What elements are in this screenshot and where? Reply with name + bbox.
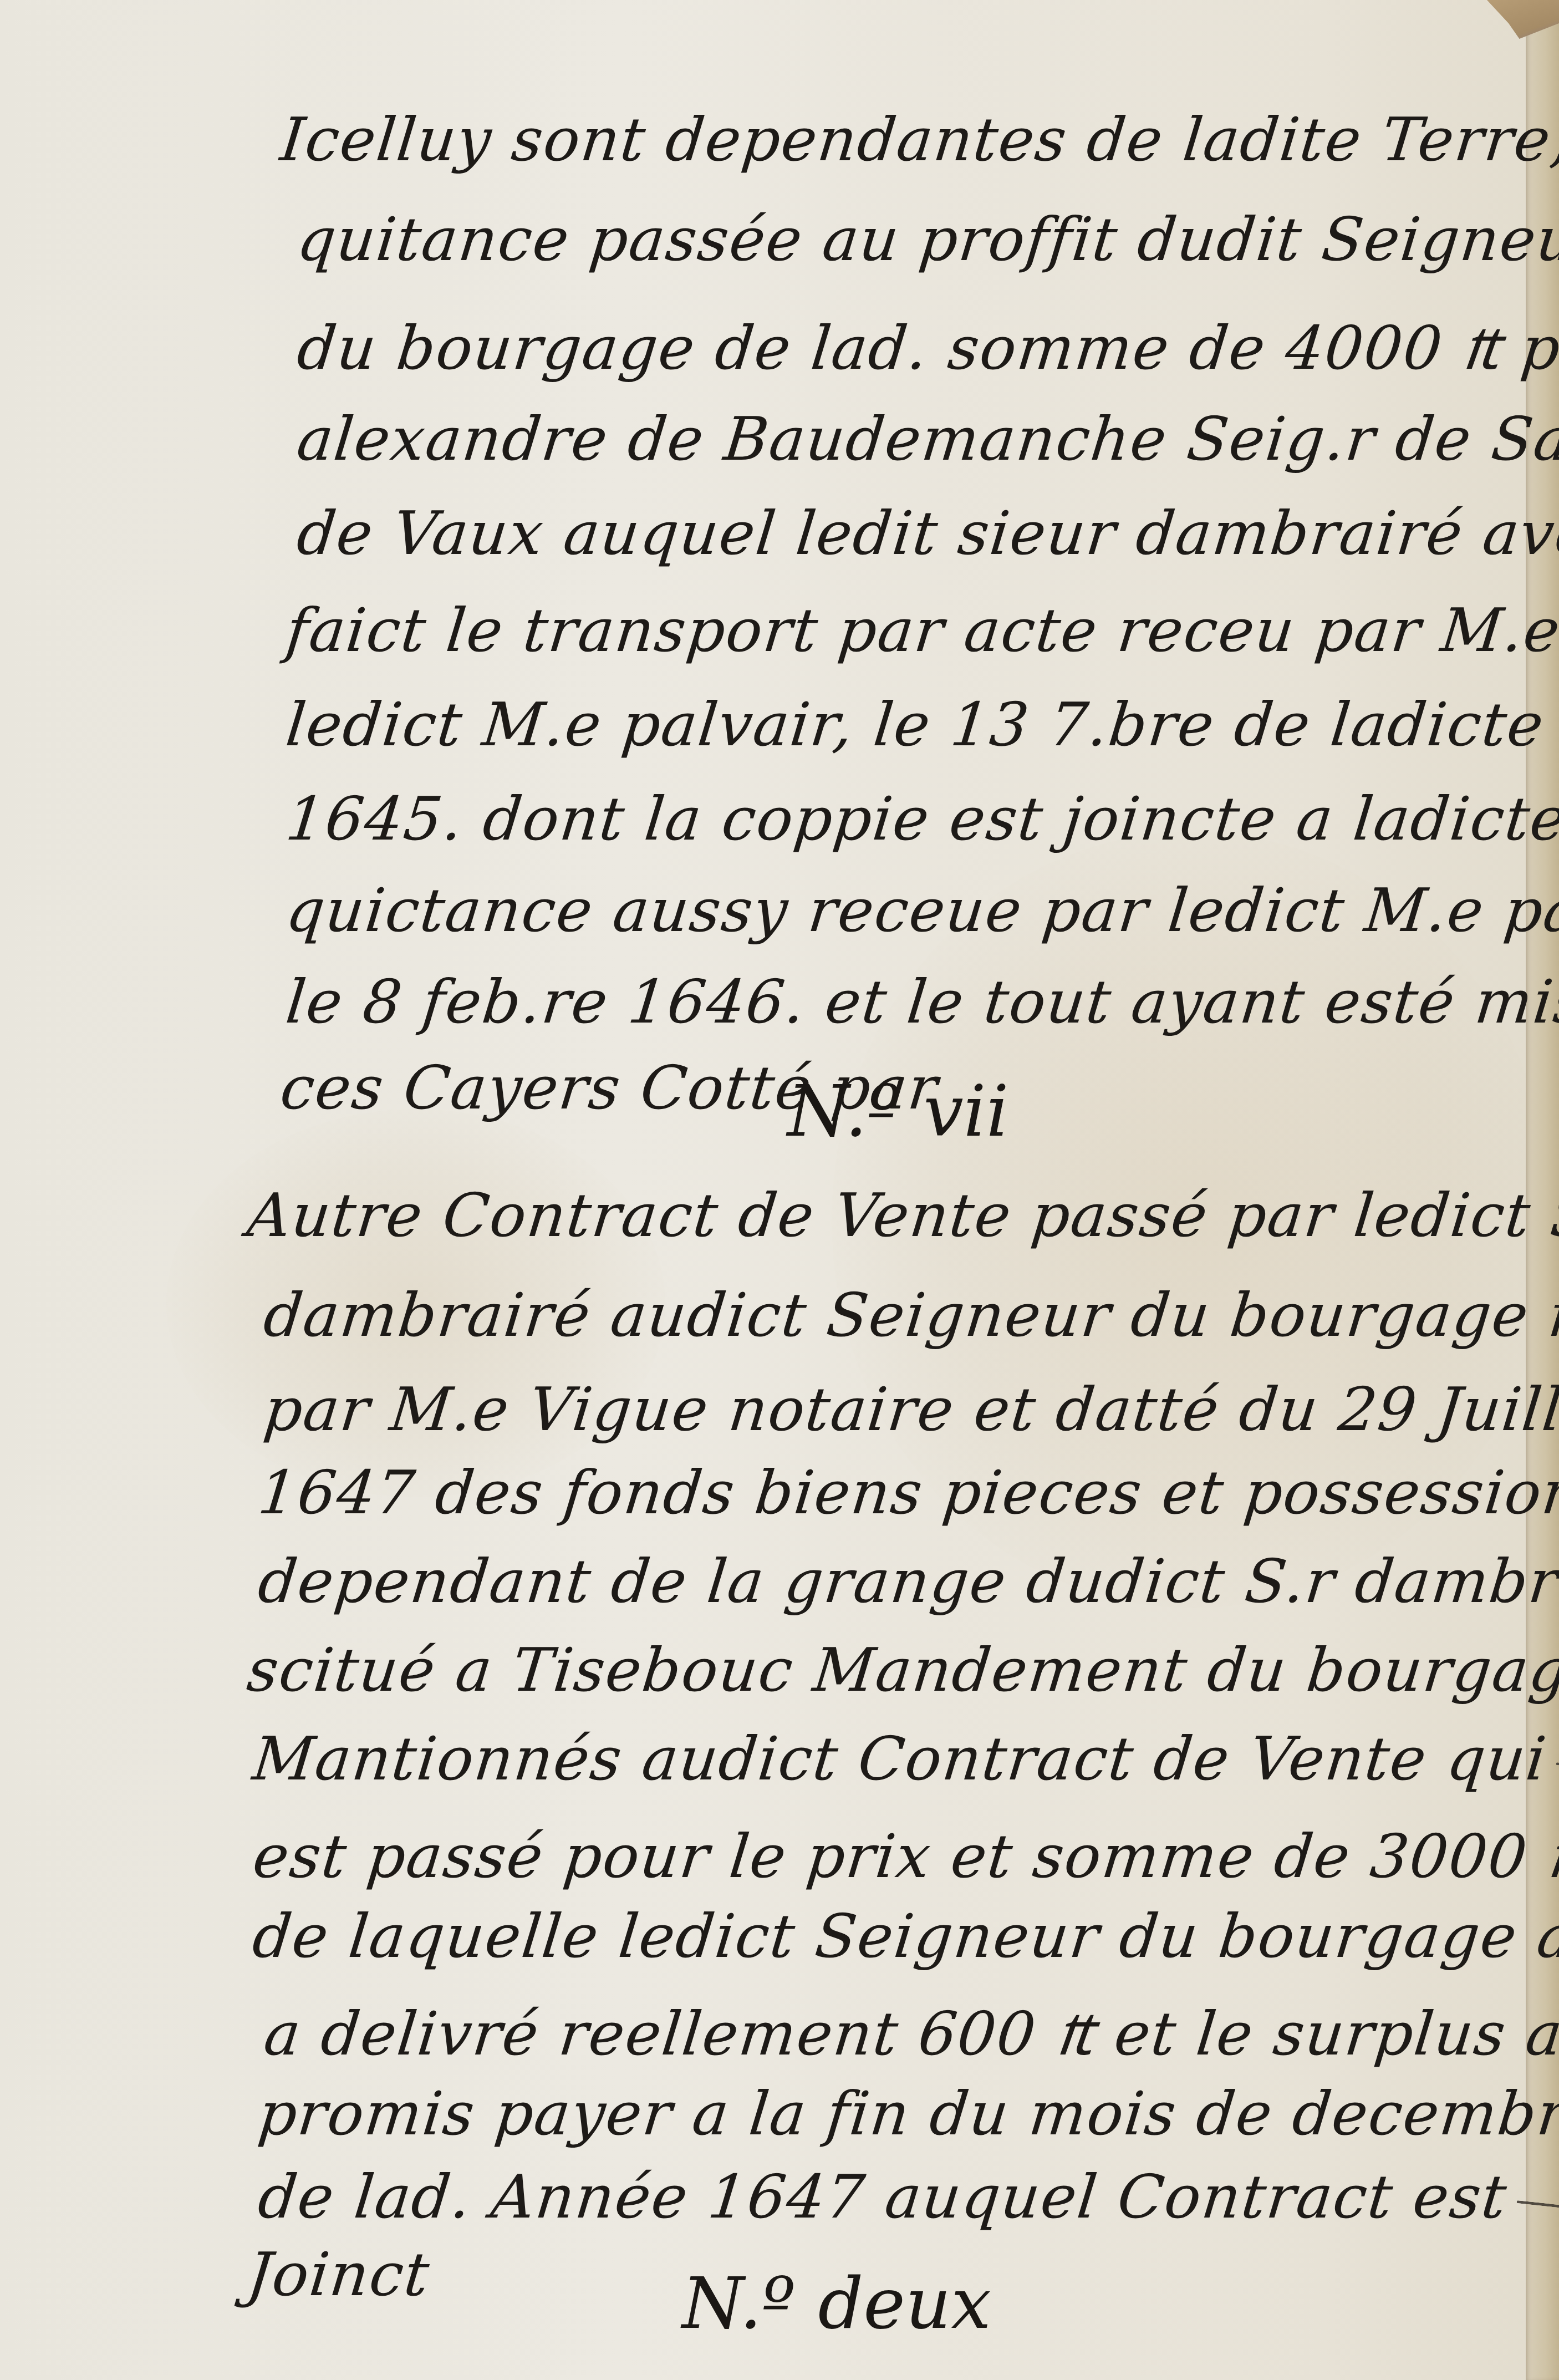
line-text: alexandre de Baudemanche Seig.r de Saint… bbox=[294, 405, 1559, 474]
line-text: Mantionnés audict Contract de Vente qui bbox=[249, 1725, 1550, 1794]
text-line: faict le transport par acte receu par M.… bbox=[283, 596, 1559, 665]
manuscript-page: Icelluy sont dependantes de ladite Terre… bbox=[0, 0, 1530, 2380]
line-filler-dash bbox=[1516, 2200, 1559, 2208]
line-text: 1647 des fonds biens pieces et possessio… bbox=[255, 1458, 1559, 1528]
text-line: dambrairé audict Seigneur du bourgage re… bbox=[261, 1281, 1559, 1350]
line-text: ledict M.e palvair, le 13 7.bre de ladic… bbox=[283, 690, 1559, 760]
text-line: Icelluy sont dependantes de ladite Terre… bbox=[277, 105, 1559, 175]
text-line: de Vaux auquel ledit sieur dambrairé avo… bbox=[294, 499, 1559, 568]
line-text: a delivré reellement 600 ₶ et le surplus… bbox=[261, 2000, 1559, 2069]
text-line: alexandre de Baudemanche Seig.r de Saint… bbox=[294, 405, 1559, 474]
text-line: de lad. Année 1647 auquel Contract est bbox=[255, 2163, 1559, 2232]
line-text: de Vaux auquel ledit sieur dambrairé avo… bbox=[294, 499, 1559, 568]
text-line: quitance passée au proffit dudit Seigneu… bbox=[294, 205, 1559, 274]
item-number-mark: N.º deux bbox=[682, 2262, 991, 2345]
line-text: est passé pour le prix et somme de 3000 … bbox=[250, 1822, 1559, 1891]
line-text: Autre Contract de Vente passé par ledict… bbox=[244, 1181, 1559, 1250]
text-line: promis payer a la fin du mois de decembr… bbox=[255, 2079, 1559, 2149]
text-line: de laquelle ledict Seigneur du bourgage … bbox=[249, 1902, 1559, 1971]
text-line: par M.e Vigue notaire et datté du 29 Jui… bbox=[261, 1375, 1559, 1445]
text-line: quictance aussy receue par ledict M.e pa… bbox=[283, 876, 1559, 945]
line-text: le 8 feb.re 1646. et le tout ayant esté … bbox=[283, 968, 1559, 1037]
line-text: quictance aussy receue par ledict M.e pa… bbox=[283, 876, 1559, 945]
manuscript-photo: Icelluy sont dependantes de ladite Terre… bbox=[0, 0, 1559, 2380]
line-text: du bourgage de lad. somme de 4000 ₶ par … bbox=[294, 314, 1559, 383]
text-line: Mantionnés audict Contract de Vente qui bbox=[249, 1725, 1559, 1794]
line-text: dependant de la grange dudict S.r dambra… bbox=[255, 1547, 1559, 1616]
text-line: est passé pour le prix et somme de 3000 … bbox=[249, 1813, 1559, 1895]
line-text: Icelluy sont dependantes de ladite Terre… bbox=[277, 105, 1559, 175]
line-text: scitué a Tisebouc Mandement du bourgage bbox=[244, 1636, 1559, 1705]
text-line: a delivré reellement 600 ₶ et le surplus… bbox=[261, 1991, 1559, 2072]
line-text: promis payer a la fin du mois de decembr… bbox=[255, 2079, 1559, 2149]
line-text: dambrairé audict Seigneur du bourgage re… bbox=[261, 1281, 1559, 1350]
line-filler-dash bbox=[1556, 1762, 1559, 1778]
item-number-mark: N.º vii bbox=[787, 1070, 1009, 1153]
line-text: 1645. dont la coppie est joincte a ladic… bbox=[283, 785, 1559, 854]
text-line: scitué a Tisebouc Mandement du bourgage bbox=[244, 1636, 1559, 1705]
line-text: de lad. Année 1647 auquel Contract est bbox=[255, 2163, 1511, 2232]
line-text: par M.e Vigue notaire et datté du 29 Jui… bbox=[261, 1375, 1559, 1445]
line-text: faict le transport par acte receu par M.… bbox=[283, 596, 1559, 665]
text-line: ledict M.e palvair, le 13 7.bre de ladic… bbox=[283, 690, 1559, 760]
text-line: le 8 feb.re 1646. et le tout ayant esté … bbox=[283, 968, 1559, 1037]
text-line: dependant de la grange dudict S.r dambra… bbox=[255, 1547, 1559, 1616]
text-line: du bourgage de lad. somme de 4000 ₶ par … bbox=[294, 305, 1559, 387]
line-text: de laquelle ledict Seigneur du bourgage … bbox=[249, 1902, 1559, 1971]
text-line: Joinct bbox=[244, 2240, 433, 2310]
text-line: Autre Contract de Vente passé par ledict… bbox=[244, 1181, 1559, 1250]
line-text: Joinct bbox=[244, 2240, 433, 2310]
text-line: 1647 des fonds biens pieces et possessio… bbox=[255, 1458, 1559, 1528]
text-line: 1645. dont la coppie est joincte a ladic… bbox=[283, 785, 1559, 854]
line-text: quitance passée au proffit dudit Seigneu… bbox=[294, 205, 1559, 274]
